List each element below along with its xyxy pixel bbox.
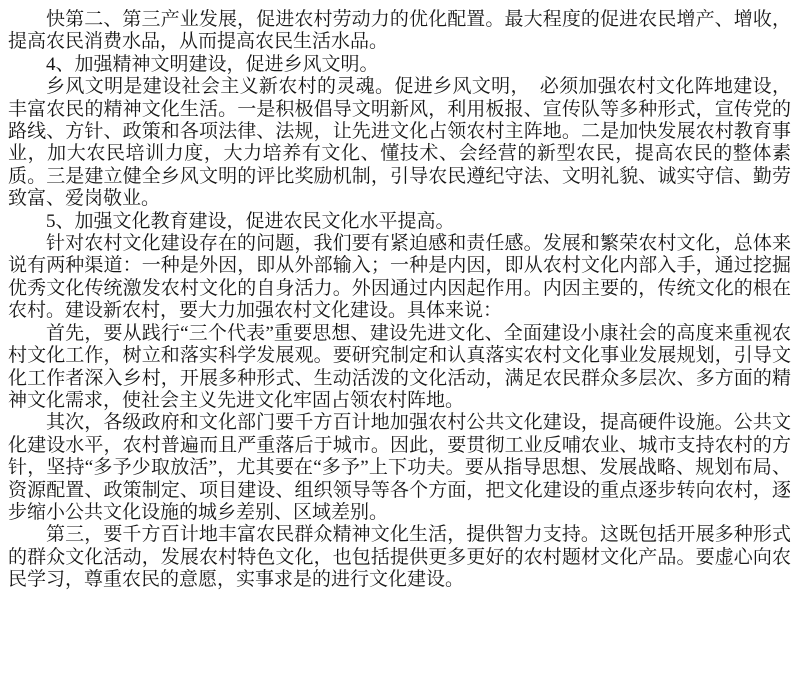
paragraph: 快第二、第三产业发展，促进农村劳动力的优化配置。最大程度的促进农民增产、增收，提… (8, 9, 791, 54)
document-page: 快第二、第三产业发展，促进农村劳动力的优化配置。最大程度的促进农民增产、增收，提… (0, 0, 799, 689)
paragraph: 针对农村文化建设存在的问题，我们要有紧迫感和责任感。发展和繁荣农村文化，总体来说… (8, 233, 791, 323)
paragraph-heading-5: 5、加强文化教育建设，促进农民文化水平提高。 (8, 211, 791, 233)
paragraph-first: 首先，要从践行“三个代表”重要思想、建设先进文化、全面建设小康社会的高度来重视农… (8, 323, 791, 413)
paragraph-third: 第三，要千方百计地丰富农民群众精神文化生活，提供智力支持。这既包括开展多种形式的… (8, 524, 791, 591)
paragraph: 乡风文明是建设社会主义新农村的灵魂。促进乡风文明， 必须加强农村文化阵地建设，丰… (8, 76, 791, 210)
paragraph-heading-4: 4、加强精神文明建设，促进乡风文明。 (8, 54, 791, 76)
paragraph-second: 其次，各级政府和文化部门要千方百计地加强农村公共文化建设，提高硬件设施。公共文化… (8, 412, 791, 524)
